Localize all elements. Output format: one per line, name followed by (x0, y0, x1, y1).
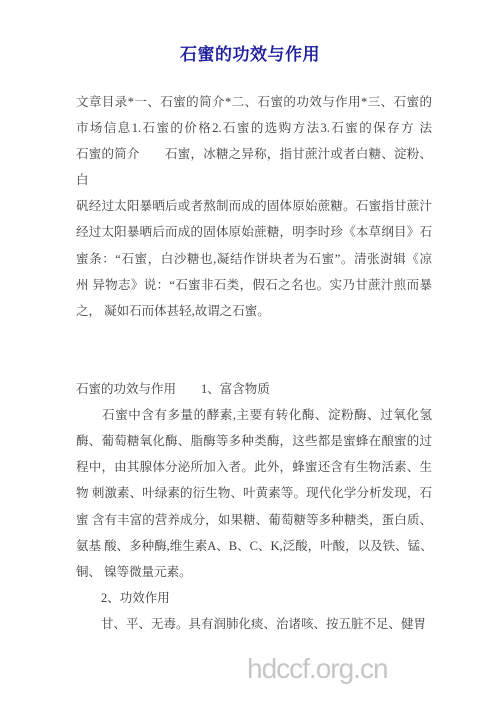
document-text-line: 白 (76, 167, 432, 193)
document-text-line: 石蜜的简介 石蜜，冰糖之异称，指甘蔗汁或者白糖、淀粉、 (76, 141, 432, 167)
document-text-line: 氨基 酸、多种酶,维生素A、B、C、K,泛酸，叶酸，以及铁、锰、 (76, 533, 432, 559)
document-text-line: 石蜜中含有多量的酵素,主要有转化酶、淀粉酶、过氧化氢 (76, 402, 432, 428)
document-text-line: 铜、 镍等微量元素。 (76, 559, 432, 585)
watermark: hdccf.org.cn (247, 655, 388, 683)
document-text-line: 矾经过太阳暴晒后或者熬制而成的固体原始蔗糖。石蜜指甘蔗汁 (76, 193, 432, 219)
document-page: 石蜜的功效与作用 文章目录*一、石蜜的简介*二、石蜜的功效与作用*三、石蜜的市场… (0, 0, 500, 707)
document-body: 文章目录*一、石蜜的简介*二、石蜜的功效与作用*三、石蜜的市场信息1.石蜜的价格… (76, 89, 432, 637)
document-text-line: 程中，由其腺体分泌所加入者。此外，蜂蜜还含有生物活素、生 (76, 454, 432, 480)
document-text-line: 蜜 含有丰富的营养成分，如果糖、葡萄糖等多种糖类，蛋白质、 (76, 507, 432, 533)
document-text-line: 2、功效作用 (76, 585, 432, 611)
document-text-line: 之， 凝如石而体甚轻,故谓之石蜜。 (76, 298, 432, 324)
document-text-line: 蜜条：“石蜜，白沙糖也,凝结作饼块者为石蜜”。清张澍辑《凉 (76, 246, 432, 272)
document-text-line: 经过太阳暴晒后而成的固体原始蔗糖，明李时珍《本草纲目》石 (76, 219, 432, 245)
document-text-line: 物 刺激素、叶绿素的衍生物、叶黄素等。现代化学分析发现，石 (76, 480, 432, 506)
document-text-line: 文章目录*一、石蜜的简介*二、石蜜的功效与作用*三、石蜜的 (76, 89, 432, 115)
document-text-line: 州 异物志》说：“石蜜非石类，假石之名也。实乃甘蔗汁煎而暴 (76, 272, 432, 298)
document-text-line: 石蜜的功效与作用 1、富含物质 (76, 376, 432, 402)
document-text-line: 酶、葡萄糖氧化酶、脂酶等多种类酶，这些都是蜜蜂在酿蜜的过 (76, 428, 432, 454)
document-text-line (76, 350, 432, 376)
document-text-line: 甘、平、无毒。具有润肺化痰、治诸咳、按五脏不足、健胃 (76, 611, 432, 637)
document-text-line (76, 324, 432, 350)
document-title: 石蜜的功效与作用 (0, 45, 500, 65)
document-text-line: 市场信息1.石蜜的价格2.石蜜的选购方法3.石蜜的保存方 法 (76, 115, 432, 141)
